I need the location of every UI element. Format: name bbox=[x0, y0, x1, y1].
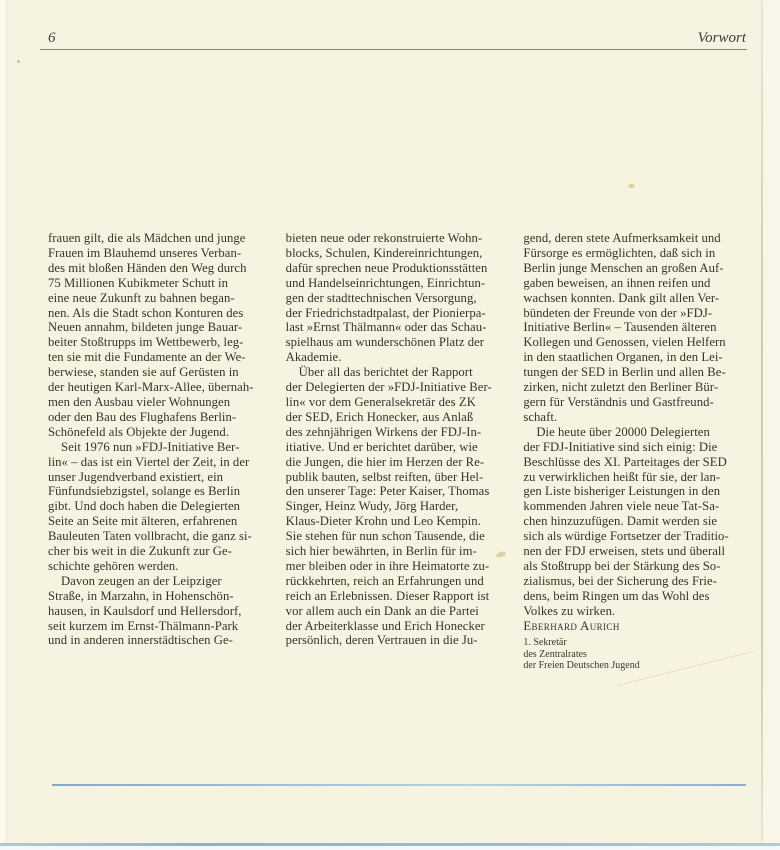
text-column-2: bieten neue oder rekonstruierte Wohn- bl… bbox=[286, 231, 510, 672]
dust-speck bbox=[17, 60, 20, 63]
paragraph: Davon zeugen an der Leipziger Straße, in… bbox=[48, 574, 272, 649]
signature-title: 1. Sekretär des Zentralrates der Freien … bbox=[523, 637, 747, 671]
paragraph: frauen gilt, die als Mädchen und junge F… bbox=[48, 231, 272, 440]
signature-name: Eberhard Aurich bbox=[523, 619, 747, 634]
paragraph: gend, deren stete Aufmerksamkeit und Für… bbox=[523, 231, 747, 425]
scan-bottom-edge bbox=[0, 846, 780, 850]
page-left-edge bbox=[0, 0, 7, 850]
paragraph: bieten neue oder rekonstruierte Wohn- bl… bbox=[286, 231, 510, 365]
bottom-rule bbox=[52, 784, 746, 786]
paragraph: Seit 1976 nun »FDJ-Initiative Ber- lin« … bbox=[48, 440, 272, 574]
text-block: frauen gilt, die als Mädchen und junge F… bbox=[48, 231, 747, 672]
paragraph: Über all das berichtet der Rapport der D… bbox=[286, 365, 510, 648]
page-right-crease bbox=[761, 0, 763, 850]
text-column-1: frauen gilt, die als Mädchen und junge F… bbox=[48, 231, 272, 672]
running-head-section: Vorwort bbox=[698, 30, 746, 47]
header-rule bbox=[40, 49, 747, 50]
scanned-book-page: { "page": { "number": "6", "section": "V… bbox=[0, 0, 780, 850]
page-right-margin bbox=[763, 0, 780, 850]
paragraph: Die heute über 20000 Delegierten der FDJ… bbox=[523, 425, 747, 619]
dust-speck bbox=[628, 184, 635, 188]
page-number: 6 bbox=[48, 30, 56, 47]
text-column-3: gend, deren stete Aufmerksamkeit und Für… bbox=[523, 231, 747, 672]
